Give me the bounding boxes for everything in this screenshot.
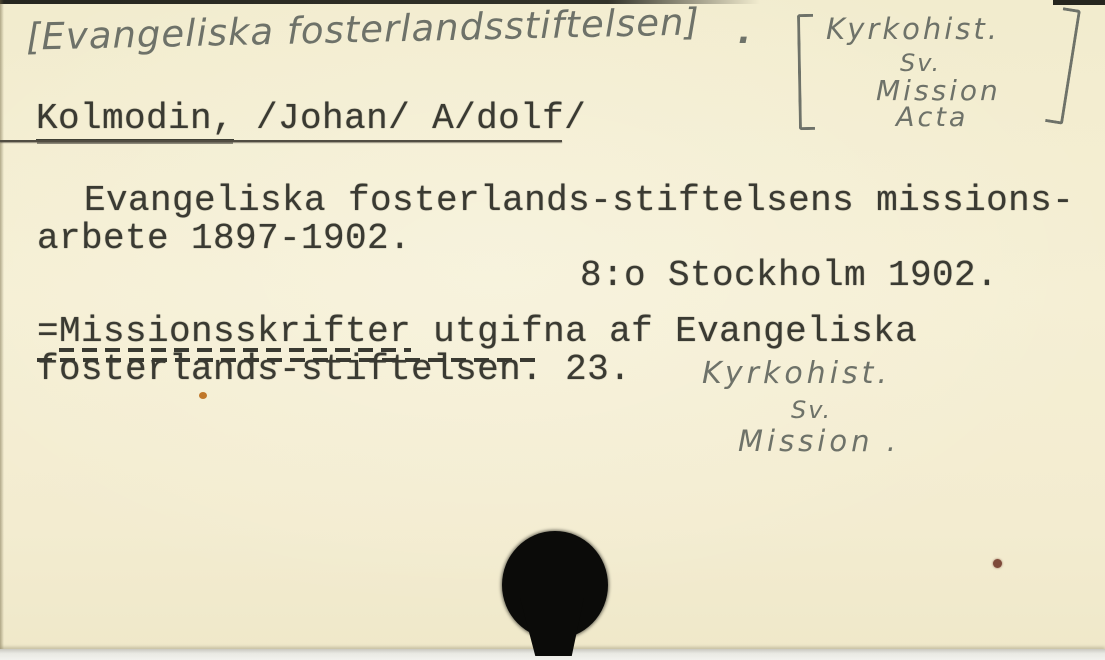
author-forenames: /Johan/ A/dolf/: [234, 98, 586, 139]
pencil-note-mission: Mission .: [738, 424, 900, 458]
series-line-2-underlined: fosterlands-stiftelsen.: [37, 349, 543, 390]
pencil-period: .: [738, 12, 751, 52]
series-line-2: fosterlands-stiftelsen. 23.: [37, 349, 631, 390]
author-surname: Kolmodin,: [36, 98, 234, 139]
bracket-line-sv: Sv.: [900, 49, 941, 77]
imprint-line: 8:o Stockholm 1902.: [580, 255, 998, 296]
rust-speck-small: [199, 392, 207, 399]
left-bracket: [797, 14, 815, 130]
title-line-2: arbete 1897-1902.: [37, 218, 411, 259]
series-equals-sign: =: [37, 311, 59, 352]
rust-speck-bottom: [993, 559, 1002, 568]
pencil-bracket-group: Kyrkohist. Sv. Mission Acta: [796, 6, 1076, 138]
scan-left-edge: [0, 0, 4, 660]
heading-rule: [0, 140, 562, 142]
pencil-note-sv: Sv.: [791, 396, 832, 424]
right-bracket: [1045, 7, 1081, 124]
scan-top-edge-right: [1053, 0, 1105, 5]
pencil-classification-top: [Evangeliska fosterlandsstiftelsen]: [26, 0, 701, 58]
series-title-underlined: Missionsskrifter: [59, 311, 411, 352]
pencil-note-kyrkohist: Kyrkohist.: [702, 356, 891, 391]
scanned-page: [Evangeliska fosterlandsstiftelsen] . Ky…: [0, 0, 1105, 660]
series-number: 23.: [543, 349, 631, 390]
bracket-line-acta: Acta: [896, 102, 968, 133]
author-heading: Kolmodin, /Johan/ A/dolf/: [36, 98, 586, 139]
series-line-1-rest: utgifna af Evangeliska: [411, 311, 917, 352]
bracket-line-kyrkohist: Kyrkohist.: [826, 12, 1000, 46]
title-line-1: Evangeliska fosterlands-stiftelsens miss…: [84, 180, 1074, 221]
catalog-card: [Evangeliska fosterlandsstiftelsen] . Ky…: [0, 0, 1105, 660]
series-line-1: =Missionsskrifter utgifna af Evangeliska: [37, 311, 917, 352]
